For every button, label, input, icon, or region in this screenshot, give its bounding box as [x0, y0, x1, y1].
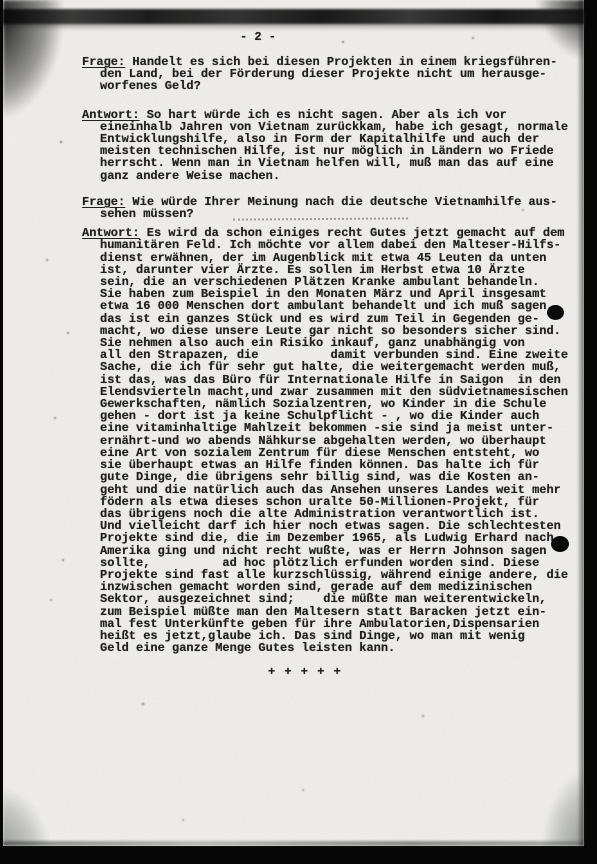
document-page: - 2 - Frage: Handelt es sich bei diesen … [3, 0, 584, 846]
scan-speckles [3, 0, 584, 846]
scanned-document: - 2 - Frage: Handelt es sich bei diesen … [0, 0, 597, 864]
